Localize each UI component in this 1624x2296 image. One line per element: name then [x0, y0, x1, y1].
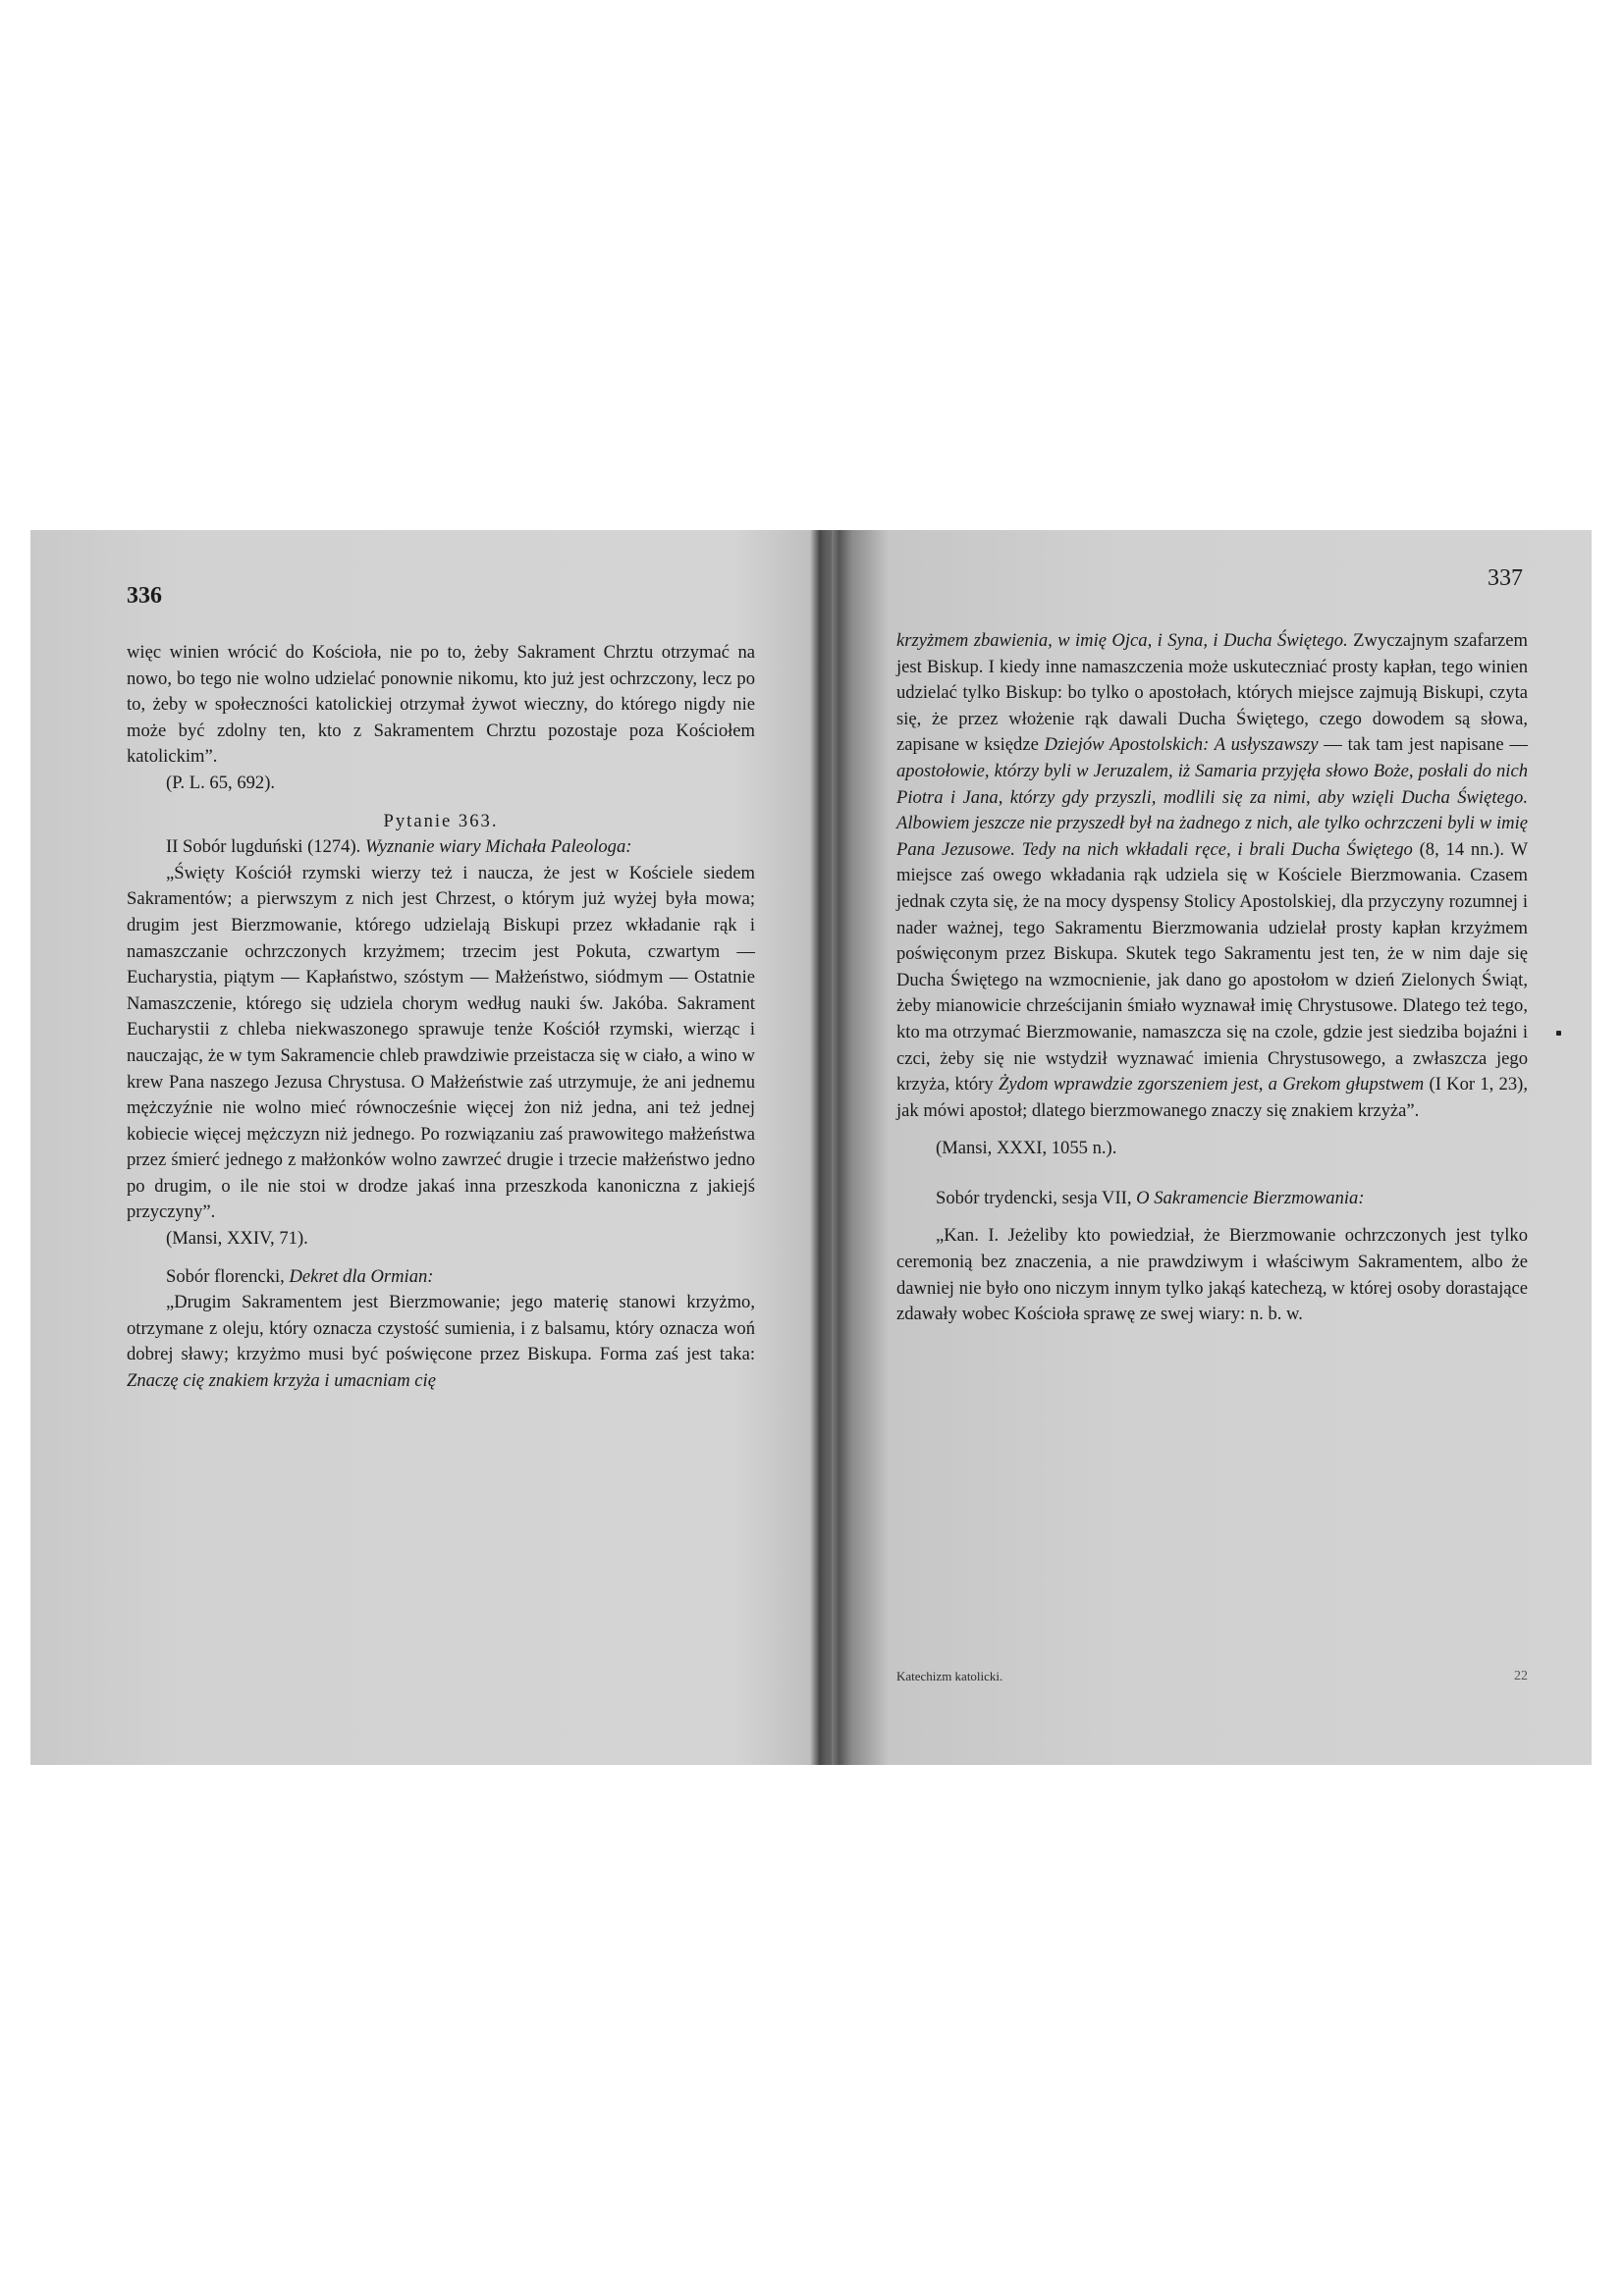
source-line: Sobór florencki, Dekret dla Ormian:: [127, 1264, 755, 1291]
signature-mark: 22: [1514, 1669, 1528, 1684]
quote-paragraph: „Święty Kościół rzymski wierzy też i nau…: [127, 861, 755, 1226]
citation: (Mansi, XXXI, 1055 n.).: [896, 1136, 1528, 1162]
source-line: Sobór trydencki, sesja VII, O Sakramenci…: [896, 1186, 1528, 1212]
question-heading: Pytanie 363.: [127, 809, 755, 835]
scan-speck: [1556, 1031, 1561, 1036]
citation: (Mansi, XXIV, 71).: [127, 1226, 755, 1253]
left-page-body: więc winien wrócić do Kościoła, nie po t…: [127, 640, 755, 1395]
quote-paragraph: „Drugim Sakramentem jest Bierzmowanie; j…: [127, 1290, 755, 1394]
right-page: 337 krzyżmem zbawienia, w imię Ojca, i S…: [830, 530, 1592, 1765]
page-footer: Katechizm katolicki. 22: [896, 1669, 1528, 1684]
citation: (P. L. 65, 692).: [127, 771, 755, 797]
source-line: II Sobór lugduński (1274). Wyznanie wiar…: [127, 834, 755, 861]
quote-paragraph: „Kan. I. Jeżeliby kto powiedział, że Bie…: [896, 1223, 1528, 1327]
page-number: 337: [1488, 565, 1523, 592]
left-page: 336 więc winien wrócić do Kościoła, nie …: [30, 530, 816, 1765]
paragraph-continued: więc winien wrócić do Kościoła, nie po t…: [127, 640, 755, 771]
page-number: 336: [127, 583, 162, 610]
footer-title: Katechizm katolicki.: [896, 1669, 1002, 1683]
paragraph-continued: krzyżmem zbawienia, w imię Ojca, i Syna,…: [896, 628, 1528, 1124]
right-page-body: krzyżmem zbawienia, w imię Ojca, i Syna,…: [896, 628, 1528, 1328]
